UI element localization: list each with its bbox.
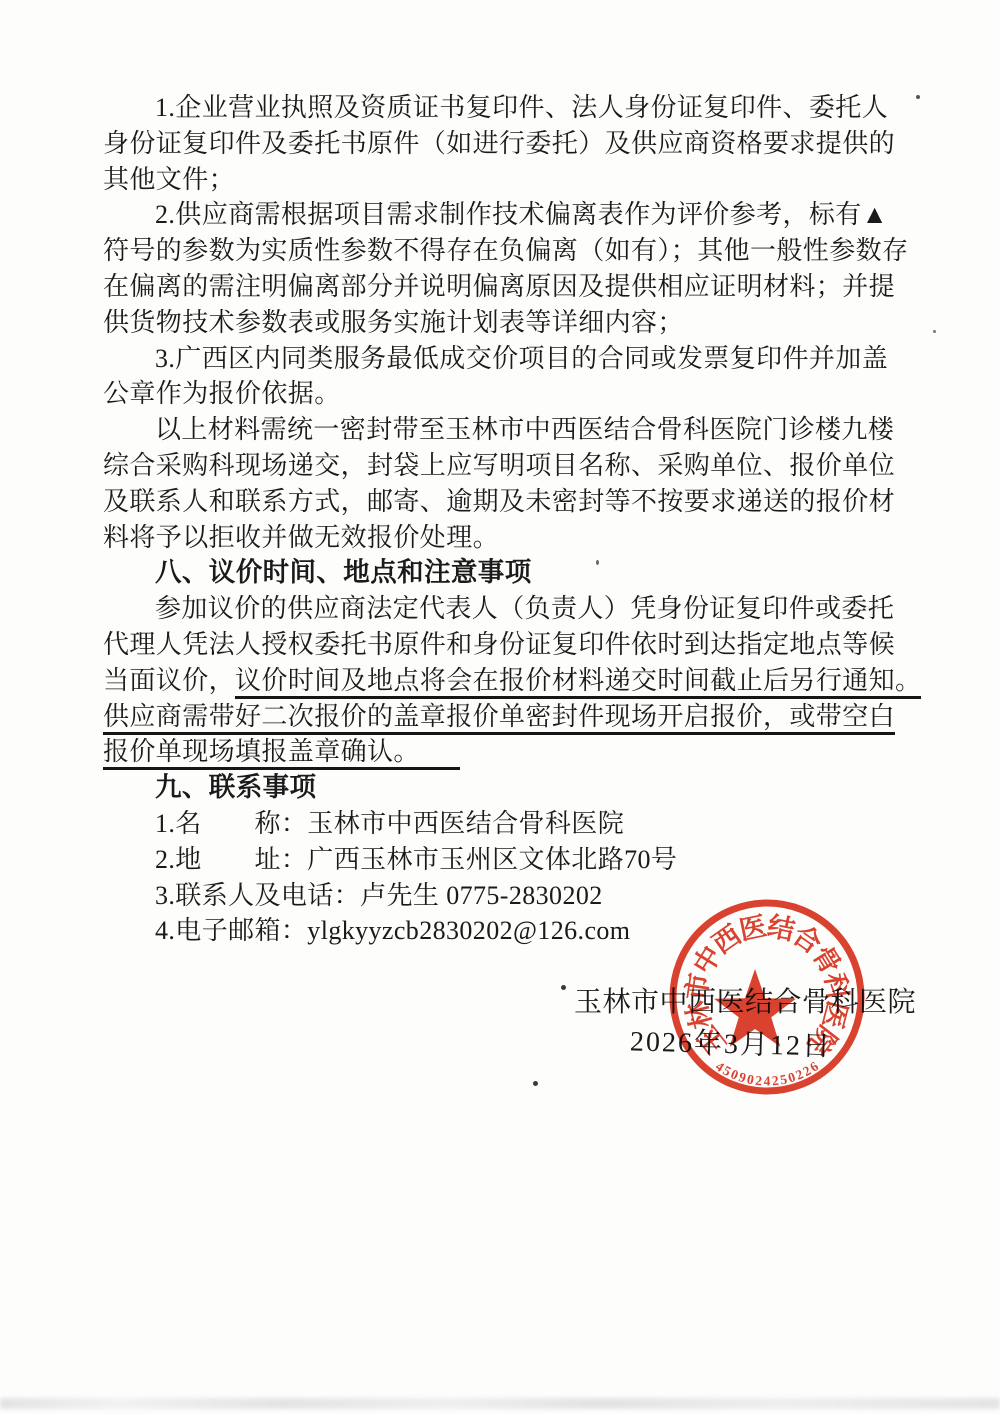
text-line: 供应商需带好二次报价的盖章报价单密封件现场开启报价，或带空白: [103, 699, 903, 735]
contact-name-line: 1.名 称：玉林市中西医结合骨科医院: [103, 806, 903, 842]
document-body: 1.企业营业执照及资质证书复印件、法人身份证复印件、委托人 身份证复印件及委托书…: [103, 90, 903, 949]
text-line: 代理人凭法人授权委托书原件和身份证复印件依时到达指定地点等候: [103, 627, 903, 663]
scan-speck: [533, 1081, 538, 1086]
text-line: 在偏离的需注明偏离部分并说明偏离原因及提供相应证明材料；并提: [103, 269, 903, 305]
svg-text:2: 2: [755, 1073, 763, 1089]
scan-speck: [933, 330, 936, 333]
text-line: 以上材料需统一密封带至玉林市中西医结合骨科医院门诊楼九楼: [103, 412, 903, 448]
text-segment: 当面议价，: [103, 666, 235, 695]
text-line: 2.供应商需根据项目需求制作技术偏离表作为评价参考，标有▲: [103, 197, 903, 233]
underlined-text: 议价时间及地点将会在报价材料递交时间截止后另行通知。: [235, 666, 921, 699]
text-line: 报价单现场填报盖章确认。: [103, 734, 903, 770]
svg-text:林: 林: [681, 997, 717, 1032]
section-heading-9: 九、联系事项: [103, 770, 903, 806]
svg-text:4: 4: [764, 1074, 771, 1089]
text-line: 料将予以拒收并做无效报价处理。: [103, 520, 903, 556]
text-line: 1.企业营业执照及资质证书复印件、法人身份证复印件、委托人: [103, 90, 903, 126]
underlined-text: 供应商需带好二次报价的盖章报价单密封件现场开启报价，或带空白: [103, 702, 895, 735]
scanned-document-page: 1.企业营业执照及资质证书复印件、法人身份证复印件、委托人 身份证复印件及委托书…: [0, 0, 1000, 1414]
text-line: 3.广西区内同类服务最低成交价项目的合同或发票复印件并加盖: [103, 341, 903, 377]
text-line: 及联系人和联系方式，邮寄、逾期及未密封等不按要求递送的报价材: [103, 484, 903, 520]
text-line: 符号的参数为实质性参数不得存在负偏离（如有）；其他一般性参数存: [103, 233, 903, 269]
next-page-bleed-through: [0, 1398, 1000, 1409]
text-line: 公章作为报价依据。: [103, 376, 903, 412]
text-line: 供货物技术参数表或服务实施计划表等详细内容；: [103, 305, 903, 341]
underlined-text: 报价单现场填报盖章确认。: [103, 737, 460, 770]
section-heading-8: 八、议价时间、地点和注意事项: [103, 555, 903, 591]
text-line: 身份证复印件及委托书原件（如进行委托）及供应商资格要求提供的: [103, 126, 903, 162]
text-line: 当面议价，议价时间及地点将会在报价材料递交时间截止后另行通知。: [103, 663, 903, 699]
seal-ring-text: 玉林市中西医结合骨科医院: [681, 911, 853, 1060]
scan-speck: [561, 985, 566, 990]
official-seal: 玉林市中西医结合骨科医院 4509024250226: [648, 868, 886, 1120]
scan-speck: [916, 95, 920, 99]
text-line: 参加议价的供应商法定代表人（负责人）凭身份证复印件或委托: [103, 591, 903, 627]
svg-text:医: 医: [737, 911, 769, 946]
text-line: 综合采购科现场递交，封袋上应写明项目名称、采购单位、报价单位: [103, 448, 903, 484]
text-line: 其他文件；: [103, 162, 903, 198]
scan-speck: [596, 560, 599, 565]
